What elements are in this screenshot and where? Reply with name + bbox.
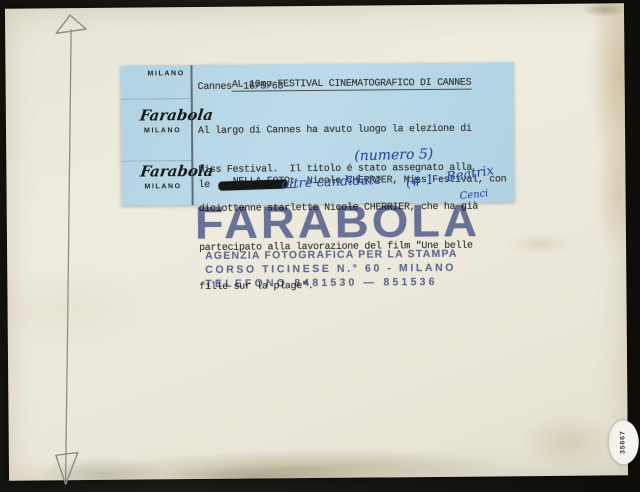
photo-caption-line-2: le (198, 179, 288, 191)
caption-label: MILANO Farabola MILANO Farabola MILANO A… (120, 62, 514, 205)
stamp-address-line-1: AGENZIA FOTOGRAFICA PER LA STAMPA (205, 248, 458, 262)
archive-number-sticker: 35667 (609, 420, 639, 464)
farabola-logo-2-city: MILANO (144, 183, 181, 190)
redaction-bar (219, 179, 289, 190)
label-cut-line (121, 98, 191, 100)
label-divider (190, 65, 193, 205)
pencil-arrow-icon (5, 8, 119, 489)
handwritten-number-note: (numero 5) (354, 146, 433, 164)
farabola-logo-1-city: MILANO (144, 127, 181, 134)
stamp-agency-name: FARABOLA (195, 193, 475, 249)
caption-body-line: Al largo di Cannes ha avuto luogo la ele… (198, 123, 477, 138)
photo-back-paper: MILANO Farabola MILANO Farabola MILANO A… (5, 3, 628, 480)
caption-dateline: Cannes 16/5/63 (198, 81, 284, 93)
archive-number: 35667 (620, 431, 628, 455)
agency-city-top: MILANO (147, 70, 184, 77)
stamp-address-line-2: CORSO TICINESE N.° 60 - MILANO (205, 262, 456, 276)
stamp-phone-line: TELEFONO 8481530 — 851536 (205, 276, 437, 290)
photo-caption-le: le (198, 180, 210, 191)
